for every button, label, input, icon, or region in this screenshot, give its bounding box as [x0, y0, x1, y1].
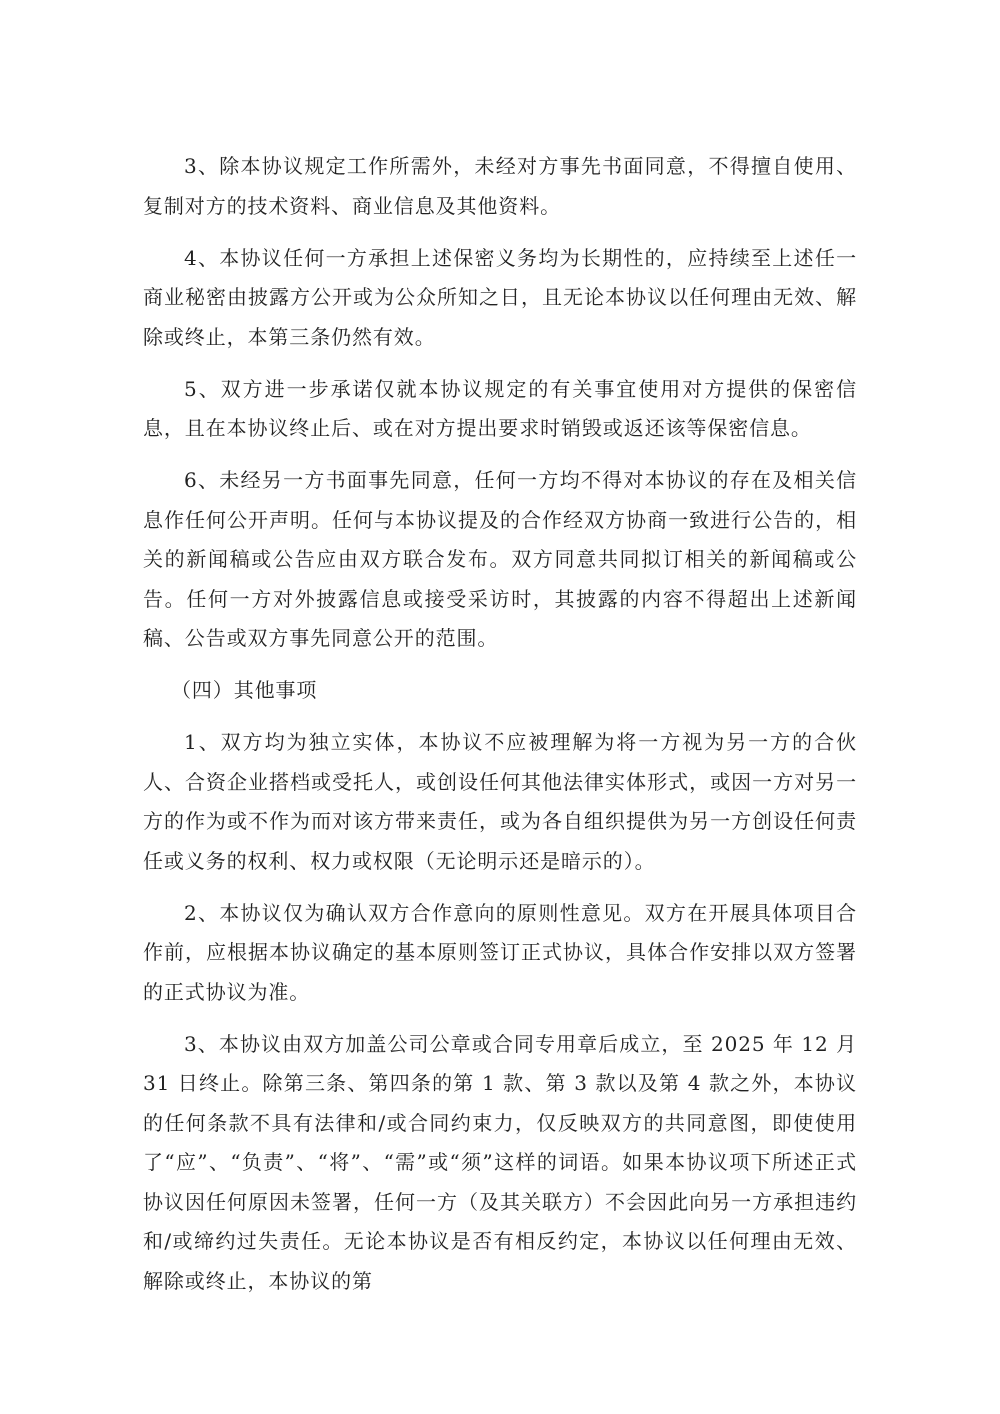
clause-6-paragraph: 6、未经另一方书面事先同意，任何一方均不得对本协议的存在及相关信息作任何公开声明…	[143, 461, 857, 659]
other-matters-clause-1-paragraph: 1、双方均为独立实体，本协议不应被理解为将一方视为另一方的合伙人、合资企业搭档或…	[143, 723, 857, 881]
other-matters-clause-3-paragraph: 3、本协议由双方加盖公司公章或合同专用章后成立，至 2025 年 12 月 31…	[143, 1025, 857, 1302]
section-heading-other-matters: （四）其他事项	[143, 671, 857, 711]
clause-5-paragraph: 5、双方进一步承诺仅就本协议规定的有关事宜使用对方提供的保密信息，且在本协议终止…	[143, 370, 857, 449]
other-matters-clause-2-paragraph: 2、本协议仅为确认双方合作意向的原则性意见。双方在开展具体项目合作前，应根据本协…	[143, 894, 857, 1013]
clause-3-paragraph: 3、除本协议规定工作所需外，未经对方事先书面同意，不得擅自使用、复制对方的技术资…	[143, 147, 857, 226]
document-page: 3、除本协议规定工作所需外，未经对方事先书面同意，不得擅自使用、复制对方的技术资…	[143, 147, 857, 1314]
clause-4-paragraph: 4、本协议任何一方承担上述保密义务均为长期性的，应持续至上述任一商业秘密由披露方…	[143, 239, 857, 358]
